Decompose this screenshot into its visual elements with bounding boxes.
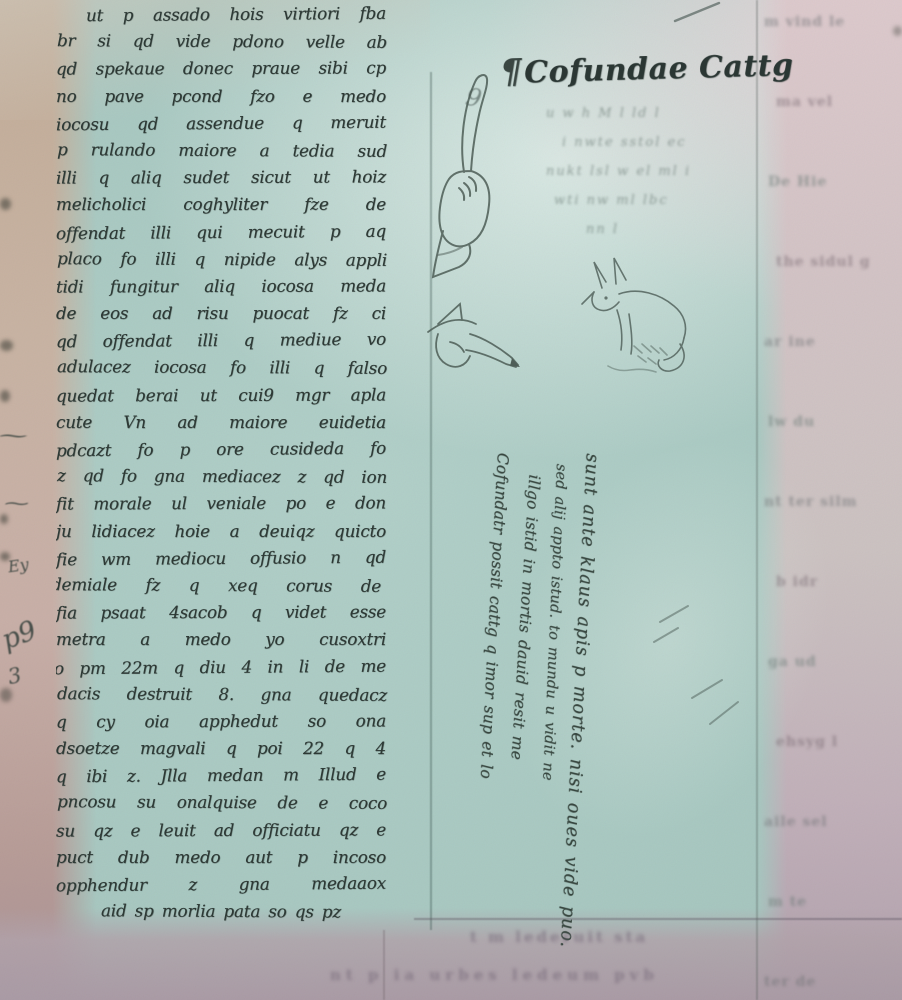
edge-smudge — [0, 514, 8, 524]
manuscript-line: placo fo illi q nipide alys appli — [57, 248, 387, 277]
bleed-text-line: m vind le — [764, 14, 900, 30]
chapter-heading: ¶Cofundae Cattg — [499, 44, 794, 92]
bleed-text-line: b idr — [776, 574, 900, 590]
marginal-note: Cofundatr possit cattg q imor sup et loi… — [454, 446, 602, 992]
manuscript-line: pdcazt fo p ore cusideda fo — [56, 438, 386, 468]
bottom-bleed-line: nt p ia urbes ledeum pvb — [330, 966, 659, 984]
stray-pen-mark: 9 — [463, 83, 484, 114]
faint-fragment-line: nukt lsl w el ml i — [546, 164, 786, 193]
top-hatch-mark — [672, 0, 724, 24]
margin-flourish-mark: p9 — [0, 615, 41, 656]
margin-flourish-mark: 3 — [6, 663, 24, 689]
manuscript-line: ut p assado hois virtiori fba — [86, 4, 386, 32]
bleed-text-line: ter de — [764, 974, 900, 990]
faint-fragment-line: i nwte sstol ec — [562, 135, 786, 164]
manuscript-line: demiale fz q xeq corus de — [56, 574, 381, 603]
manuscript-line: offendat illi qui mecuit p aq — [56, 220, 386, 250]
bleed-text-line: aile sel — [764, 814, 900, 830]
left-text-column: ut p assado hois virtiori fbabr si qd vi… — [56, 4, 390, 936]
manuscript-line: adulacez iocosa fo illi q falso — [57, 357, 387, 386]
manuscript-line: iocosu qd assendue q meruit — [56, 111, 386, 141]
manuscript-line: quedat berai ut cui9 mgr apla — [56, 384, 386, 412]
manuscript-line: br si qd vide pdono velle ab — [57, 30, 387, 59]
manuscript-line: illi q aliq sudet sicut ut hoiz — [56, 167, 386, 195]
manuscript-line: dacis destruit 8. gna quedacz — [57, 683, 387, 712]
manuscript-line: qd offendat illi q mediue vo — [56, 329, 386, 359]
bleed-text-line: nt ter silm — [764, 494, 900, 510]
bleed-text-line: lw du — [768, 414, 900, 430]
manuscript-line: opphendur z gna medaaox — [56, 873, 386, 903]
column-rule-line — [430, 72, 432, 930]
bleed-text-line: ar ine — [764, 334, 900, 350]
faint-fragment-line: nn l — [586, 222, 786, 251]
manuscript-line: q ibi z. Jlla medan m Illud e — [56, 764, 386, 794]
faint-fragment-line: wti nw ml lbc — [554, 193, 786, 222]
facing-page-bleed-text: m vind lema velDe Hiethe sidul gar inelw… — [764, 14, 900, 990]
bottom-rule-stub — [383, 930, 385, 1000]
manuscript-line: fit morale ul veniale po e don — [56, 493, 386, 521]
faint-text-fragments: u w h M l ld li nwte sstol ecnukt lsl w … — [546, 106, 786, 251]
manuscript-line: pncosu su onalquise de e coco — [57, 792, 387, 821]
manuscript-line: qd spekaue donec praue sibi cp — [56, 58, 386, 86]
bleed-text-line: ma vel — [776, 94, 900, 110]
pointing-hand-down-drawing — [424, 292, 532, 388]
edge-smudge — [0, 340, 13, 351]
manuscript-line: tidi fungitur aliq iocosa meda — [56, 275, 386, 303]
bleed-text-line: ehsyg l — [776, 734, 900, 750]
pilcrow-icon: ¶ — [499, 51, 522, 92]
faint-fragment-line: u w h M l ld l — [546, 106, 786, 135]
margin-mark: ~ — [0, 425, 33, 446]
manuscript-line: fia psaat 4sacob q videt esse — [56, 602, 386, 630]
bleed-text-line: De Hie — [768, 174, 900, 190]
manuscript-line: aid sp morlia pata so qs pz — [101, 900, 373, 929]
manuscript-line: fie wm mediocu offusio n qd — [56, 546, 386, 576]
bleed-text-line: m te — [768, 894, 900, 910]
manuscript-line: ju lidiacez hoie a deuiqz quicto — [56, 521, 386, 548]
hatch-marks — [648, 598, 758, 748]
manuscript-line: cute Vn ad maiore euidetia — [56, 412, 386, 439]
manuscript-line: z qd fo gna mediacez z qd ion — [57, 465, 387, 494]
edge-smudge — [0, 552, 10, 561]
bleed-text-line: the sidul g — [776, 254, 900, 270]
manuscript-line: de eos ad risu puocat fz ci — [56, 303, 386, 330]
edge-smudge — [0, 198, 11, 210]
manuscript-line: no pave pcond fzo e medo — [56, 86, 386, 113]
bleed-text-line: ga ud — [768, 654, 900, 670]
manuscript-line: dsoetze magvali q poi 22 q 4 — [56, 738, 386, 765]
animal-sketch-drawing — [576, 254, 714, 382]
margin-mark: Ey — [7, 555, 30, 577]
manuscript-line: melicholici coghyliter fze de — [56, 194, 386, 221]
manuscript-photo: ut p assado hois virtiori fbabr si qd vi… — [0, 0, 902, 1000]
edge-smudge — [0, 390, 10, 402]
manuscript-line: Ao pm 22m q diu 4 in li de me — [56, 655, 386, 685]
manuscript-line: metra a medo yo cusoxtri — [56, 629, 386, 656]
edge-smudge — [0, 688, 12, 702]
chapter-heading-text: Cofundae Cattg — [524, 48, 794, 91]
manuscript-line: q cy oia apphedut so ona — [56, 710, 386, 738]
manuscript-line: su qz e leuit ad officiatu qz e — [56, 819, 386, 847]
bottom-bleed-line: t m lederuit sta — [470, 928, 648, 946]
manuscript-line: p rulando maiore a tedia sud — [57, 139, 387, 168]
margin-mark: ~ — [1, 494, 33, 514]
manuscript-line: puct dub medo aut p incoso — [56, 847, 386, 874]
